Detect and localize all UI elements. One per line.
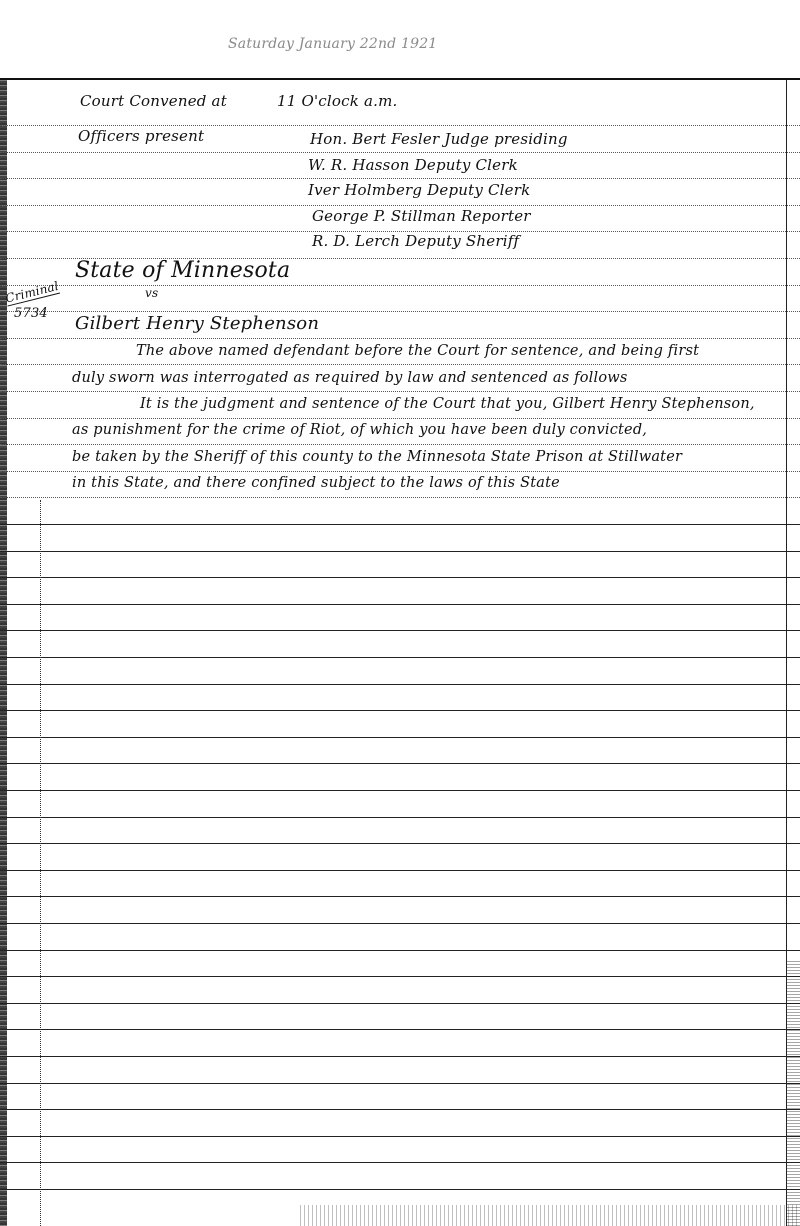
ruled-line [0, 152, 800, 153]
ruled-line [0, 364, 800, 365]
ruled-line [0, 391, 800, 392]
ruled-line [0, 710, 800, 711]
ruled-line [0, 178, 800, 179]
ruled-line [0, 976, 800, 977]
ruled-line [0, 923, 800, 924]
body-line-1: The above named defendant before the Cou… [136, 343, 699, 359]
ruled-line [0, 1029, 800, 1030]
ruled-line [0, 1162, 800, 1163]
scan-edge-shadow [0, 78, 7, 1226]
ruled-line [0, 817, 800, 818]
ruled-line [0, 604, 800, 605]
ruled-line [0, 125, 800, 126]
ruled-line [0, 311, 800, 312]
ruled-line [0, 684, 800, 685]
case-type-margin-note: Criminal [4, 279, 60, 307]
ruled-line [0, 657, 800, 658]
ruled-line [0, 205, 800, 206]
ruled-line [0, 1136, 800, 1137]
court-convened-label: Court Convened at [80, 92, 227, 110]
officers-present-label: Officers present [78, 127, 204, 145]
ruled-line [0, 418, 800, 419]
case-number: 5734 [14, 306, 48, 321]
body-line-4: as punishment for the crime of Riot, of … [72, 422, 647, 438]
court-convened-time: 11 O'clock a.m. [277, 92, 397, 110]
left-margin-line [40, 500, 41, 1226]
ruled-line [0, 870, 800, 871]
ruled-line [0, 577, 800, 578]
officer-deputy-clerk-1: W. R. Hasson Deputy Clerk [308, 156, 518, 174]
ruled-line [0, 338, 800, 339]
officer-judge: Hon. Bert Fesler Judge presiding [310, 130, 568, 148]
ruled-line [0, 896, 800, 897]
top-rule [0, 78, 800, 80]
ruled-line [0, 497, 800, 498]
ruled-line [0, 737, 800, 738]
ruled-line [0, 1056, 800, 1057]
ruled-line [0, 444, 800, 445]
scan-edge-shadow-right [787, 960, 800, 1226]
defendant-name: Gilbert Henry Stephenson [75, 313, 319, 334]
body-line-2: duly sworn was interrogated as required … [72, 370, 628, 386]
ruled-line [0, 1003, 800, 1004]
ruled-line [0, 551, 800, 552]
body-line-5: be taken by the Sheriff of this county t… [72, 449, 682, 465]
body-line-6: in this State, and there confined subjec… [72, 475, 560, 491]
body-line-3: It is the judgment and sentence of the C… [140, 396, 755, 412]
ruled-line [0, 843, 800, 844]
ledger-page: Saturday January 22nd 1921 Court Convene… [0, 0, 800, 1226]
ruled-line [0, 1083, 800, 1084]
ruled-line [0, 285, 800, 286]
plaintiff-name: State of Minnesota [75, 258, 290, 283]
ruled-line [0, 763, 800, 764]
ruled-line [0, 524, 800, 525]
right-margin-line [786, 80, 787, 1226]
ruled-line [0, 1109, 800, 1110]
ruled-line [0, 630, 800, 631]
ruled-line [0, 790, 800, 791]
ruled-line [0, 471, 800, 472]
versus: vs [145, 286, 158, 300]
scan-edge-shadow-bottom [300, 1205, 800, 1226]
date-header: Saturday January 22nd 1921 [228, 36, 437, 52]
officer-reporter: George P. Stillman Reporter [312, 207, 531, 225]
ruled-line [0, 1189, 800, 1190]
ruled-line [0, 950, 800, 951]
officer-deputy-sheriff: R. D. Lerch Deputy Sheriff [312, 232, 519, 250]
officer-deputy-clerk-2: Iver Holmberg Deputy Clerk [308, 181, 530, 199]
